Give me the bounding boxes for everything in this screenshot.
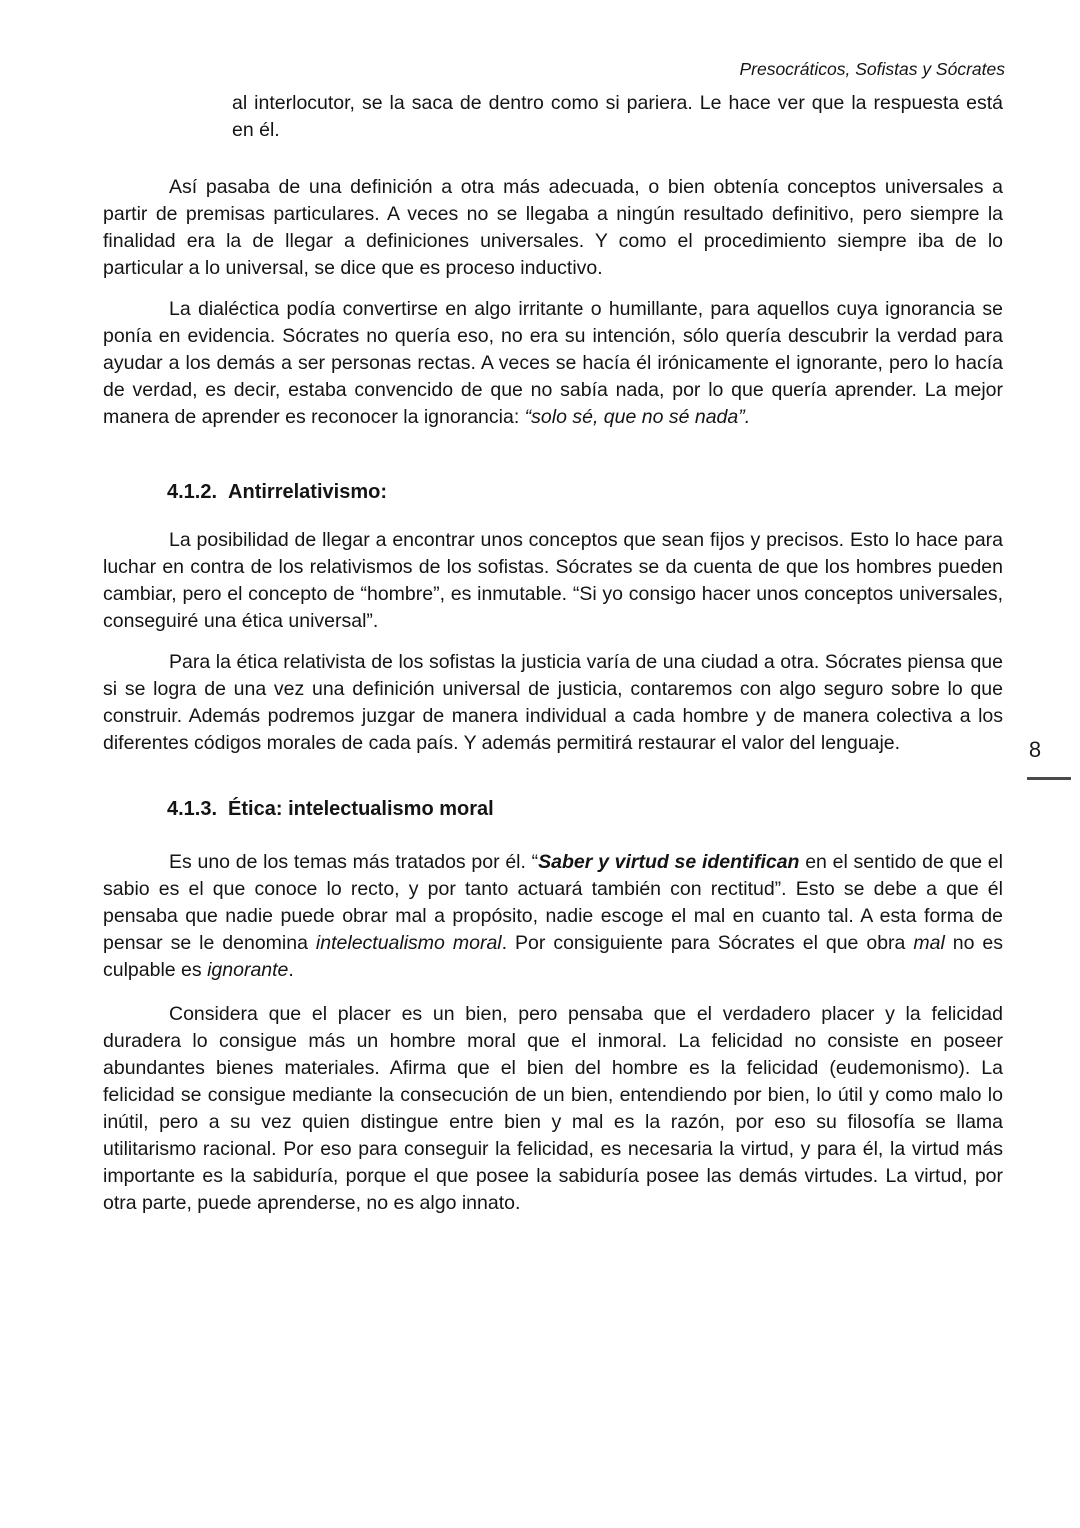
heading-title: Antirrelativismo: [228, 481, 387, 503]
text-segment: . Por consiguiente para Sócrates el que … [502, 932, 914, 954]
paragraph-intellectualism: Es uno de los temas más tratados por él.… [103, 849, 1003, 984]
paragraph-dialectic: La dialéctica podía convertirse en algo … [103, 296, 1003, 431]
text-segment: mal [913, 932, 944, 954]
heading-ethics-intellectualism: 4.1.3.Ética: intelectualismo moral [103, 796, 1003, 822]
text-segment: Considera que el placer es un bien, pero… [103, 1003, 1003, 1214]
heading-title: Ética: intelectualismo moral [228, 798, 494, 820]
text-segment: . [288, 959, 293, 981]
text-segment: Así pasaba de una definición a otra más … [103, 176, 1003, 279]
page-number: 8 [1021, 737, 1049, 763]
text-segment: Es uno de los temas más tratados por él.… [169, 851, 538, 873]
heading-number: 4.1.3. [167, 798, 217, 820]
document-page: Presocráticos, Sofistas y Sócrates al in… [0, 0, 1080, 1528]
text-segment: “solo sé, que no sé nada”. [525, 406, 750, 428]
paragraph-possibility: La posibilidad de llegar a encontrar uno… [103, 527, 1003, 635]
text-segment: La posibilidad de llegar a encontrar uno… [103, 529, 1003, 632]
paragraph-induction: Así pasaba de una definición a otra más … [103, 174, 1003, 282]
text-segment: intelectualismo moral [316, 932, 502, 954]
text-segment: al interlocutor, se la saca de dentro co… [232, 92, 1003, 141]
page-number-rule [1027, 777, 1071, 780]
text-segment: Saber y virtud se identifican [538, 851, 799, 873]
paragraph-relativist-ethics: Para la ética relativista de los sofista… [103, 649, 1003, 757]
text-segment: Para la ética relativista de los sofista… [103, 651, 1003, 754]
heading-antirelativism: 4.1.2.Antirrelativismo: [103, 479, 1003, 505]
quote-continuation-block: al interlocutor, se la saca de dentro co… [232, 90, 1003, 144]
text-segment: ignorante [207, 959, 288, 981]
running-header: Presocráticos, Sofistas y Sócrates [739, 58, 1005, 80]
heading-number: 4.1.2. [167, 481, 217, 503]
paragraph-eudaimonia: Considera que el placer es un bien, pero… [103, 1001, 1003, 1217]
